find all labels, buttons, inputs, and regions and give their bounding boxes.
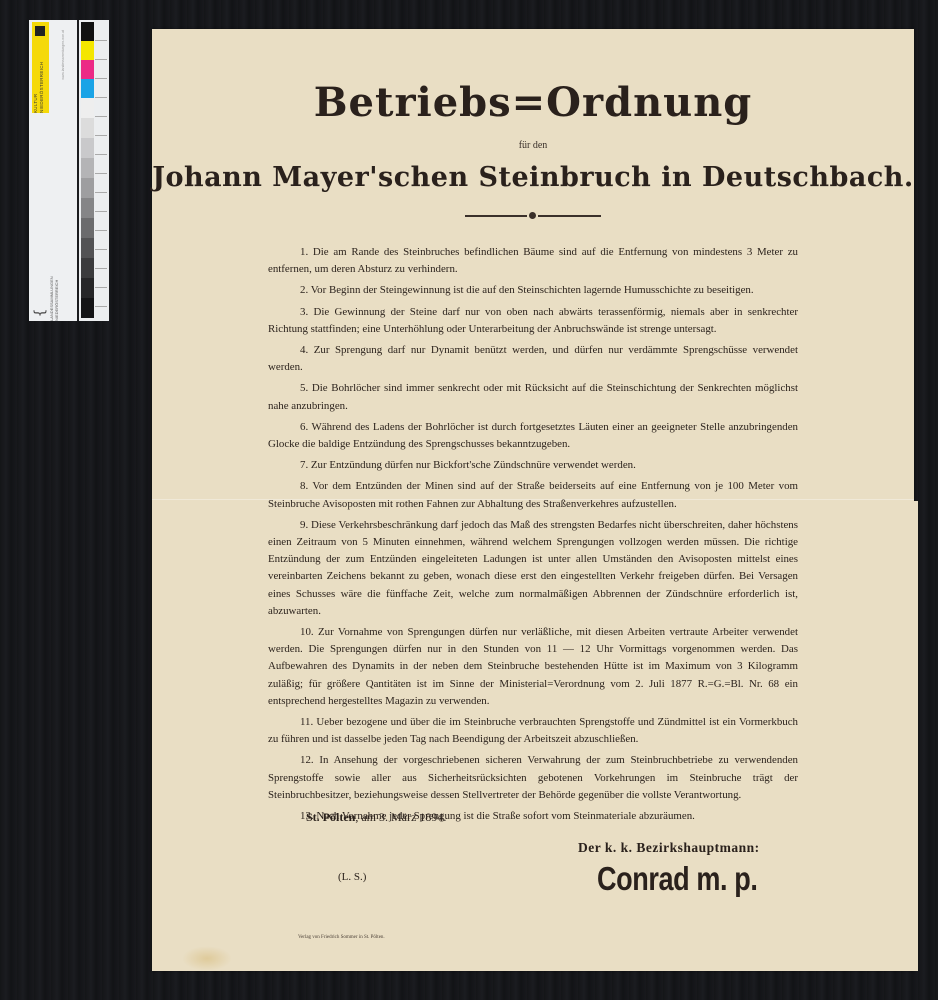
- date: , am 3. März 1894.: [355, 810, 446, 824]
- brace-icon: }: [31, 309, 47, 318]
- brand-label-block: KULTUR NIEDERÖSTERREICH: [32, 22, 49, 113]
- regulation-paragraph: 4. Zur Sprengung darf nur Dynamit benütz…: [268, 342, 798, 376]
- color-swatch: [81, 218, 94, 238]
- brand-logo-icon: [35, 26, 45, 36]
- ornament-divider-icon: [465, 211, 601, 221]
- printer-imprint: Verlag von Friedrich Sommer in St. Pölte…: [298, 935, 385, 940]
- color-calibration-strip: KULTUR NIEDERÖSTERREICH www.landessammlu…: [29, 20, 109, 321]
- regulation-paragraph: 3. Die Gewinnung der Steine darf nur von…: [268, 304, 798, 338]
- color-swatch: [81, 158, 94, 178]
- subtitle-small: für den: [152, 140, 914, 151]
- regulation-paragraph: 7. Zur Entzündung dürfen nur Bickfort'sc…: [268, 457, 798, 474]
- color-swatch: [81, 79, 94, 98]
- color-swatch: [81, 258, 94, 278]
- calibration-card: KULTUR NIEDERÖSTERREICH www.landessammlu…: [29, 20, 77, 321]
- color-swatch: [81, 198, 94, 218]
- institution-label: LANDESSAMMLUNGEN NIEDERÖSTERREICH: [49, 255, 59, 321]
- poster-document: Betriebs=Ordnung für den Johann Mayer'sc…: [152, 29, 914, 971]
- color-swatch: [81, 41, 94, 60]
- color-swatch: [81, 178, 94, 198]
- color-swatch: [81, 98, 94, 118]
- regulations-body: 1. Die am Rande des Steinbruches befindl…: [268, 244, 798, 829]
- ruler-scale: [95, 22, 107, 319]
- document-subtitle: Johann Mayer'schen Steinbruch in Deutsch…: [152, 162, 914, 193]
- regulation-paragraph: 6. Während des Ladens der Bohrlöcher ist…: [268, 419, 798, 453]
- place: St. Pölten: [306, 810, 355, 824]
- document-title: Betriebs=Ordnung: [152, 79, 914, 126]
- regulation-paragraph: 11. Ueber bezogene und über die im Stein…: [268, 714, 798, 748]
- place-date-line: St. Pölten, am 3. März 1894.: [306, 810, 446, 825]
- color-swatch: [81, 22, 94, 41]
- url-label: www.landessammlungen-noe.at: [61, 30, 65, 80]
- paper-stain: [182, 946, 232, 971]
- color-swatches: [81, 22, 94, 319]
- regulation-paragraph: 2. Vor Beginn der Steingewinnung ist die…: [268, 282, 798, 299]
- regulation-paragraph: 8. Vor dem Entzünden der Minen sind auf …: [268, 478, 798, 512]
- color-swatch: [81, 60, 94, 79]
- color-swatch: [81, 298, 94, 318]
- signature: Conrad m. p.: [597, 860, 757, 898]
- paper-edge: [912, 501, 918, 971]
- color-swatch: [81, 118, 94, 138]
- brand-label: KULTUR NIEDERÖSTERREICH: [33, 42, 45, 113]
- regulation-paragraph: 5. Die Bohrlöcher sind immer senkrecht o…: [268, 380, 798, 414]
- seal-mark: (L. S.): [338, 871, 366, 883]
- regulation-paragraph: 1. Die am Rande des Steinbruches befindl…: [268, 244, 798, 278]
- regulation-paragraph: 12. In Ansehung der vorgeschriebenen sic…: [268, 752, 798, 804]
- regulation-paragraph: 10. Zur Vornahme von Sprengungen dürfen …: [268, 624, 798, 710]
- color-swatch: [81, 138, 94, 158]
- color-swatch: [81, 278, 94, 298]
- color-swatch: [81, 238, 94, 258]
- regulation-paragraph: 9. Diese Verkehrsbeschränkung darf jedoc…: [268, 517, 798, 620]
- authority-title: Der k. k. Bezirkshauptmann:: [578, 840, 760, 856]
